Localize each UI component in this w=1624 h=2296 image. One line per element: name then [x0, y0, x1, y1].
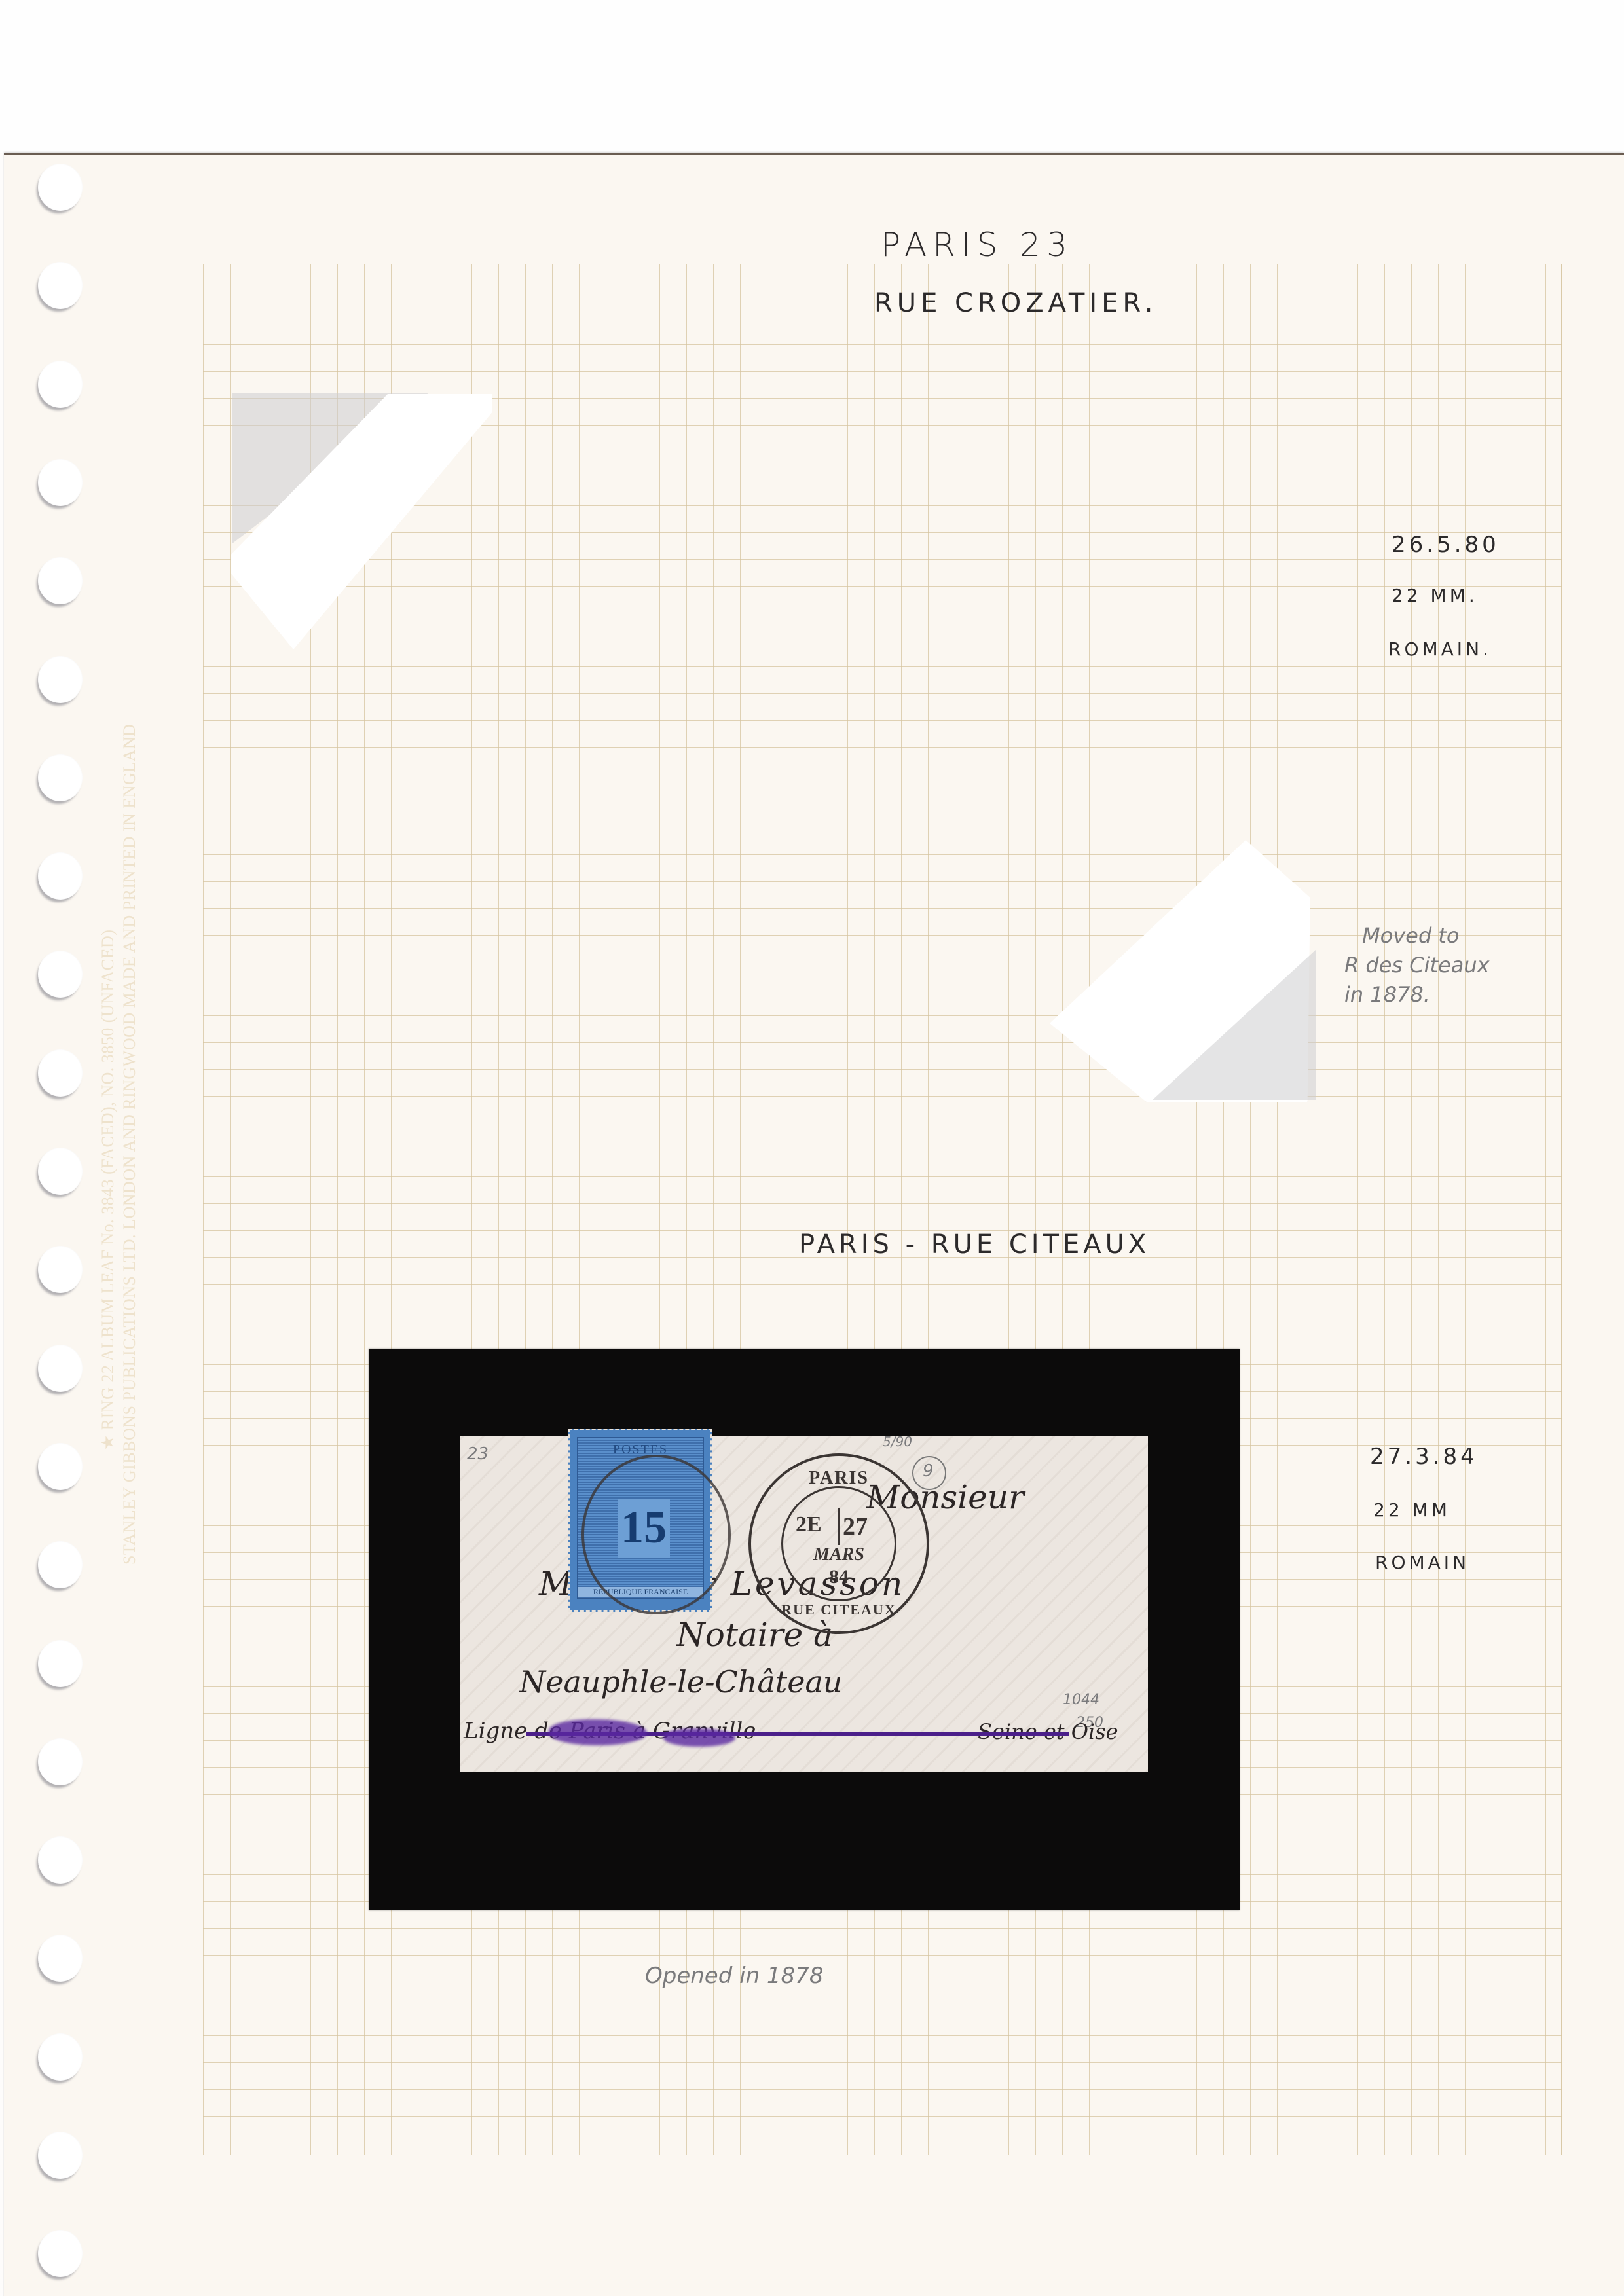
page-title: PARIS 23	[881, 226, 1073, 264]
pencil-mark-top-left: 23	[467, 1444, 489, 1464]
mourning-cover: 23 5/90 9 1044 250 Monsieur Monsieur Lev…	[369, 1349, 1240, 1910]
section-title: PARIS - RUE CITEAUX	[799, 1230, 1150, 1260]
datestamp-postmark: PARIS 2E 27 MARS 84 RUE CITEAUX	[748, 1453, 929, 1634]
postmark-divider	[838, 1508, 840, 1545]
punch-hole	[38, 2033, 83, 2081]
punch-hole	[38, 2230, 83, 2277]
postmark-date-note: 26.5.80	[1392, 532, 1500, 558]
punch-hole	[38, 459, 83, 506]
address-department: Seine et Oise	[978, 1719, 1118, 1744]
punch-hole	[38, 557, 83, 604]
scanner-background	[0, 0, 1624, 153]
imprint-leaf-number: ★ RING 22 ALBUM LEAF No. 3843 (FACED), N…	[98, 930, 118, 1450]
punch-hole	[38, 262, 83, 309]
cover-footnote: Opened in 1878	[645, 1963, 823, 1989]
address-town: Neauphle-le-Château	[519, 1664, 843, 1700]
postmark-month: MARS	[751, 1544, 927, 1565]
stamp-label: POSTES	[578, 1442, 703, 1457]
postmark-type-note: ROMAIN	[1375, 1552, 1469, 1573]
side-note-line-1: Moved to	[1362, 923, 1459, 948]
punch-hole	[38, 1836, 83, 1884]
postmark-city: PARIS	[751, 1468, 927, 1489]
postmark-size-note: 22 MM.	[1392, 585, 1478, 606]
punch-hole	[38, 656, 83, 703]
punch-hole	[38, 754, 83, 801]
punch-hole	[38, 951, 83, 998]
punch-hole	[38, 1246, 83, 1293]
postmark-date-note: 27.3.84	[1370, 1444, 1478, 1470]
pencil-mark-top-center: 5/90	[883, 1434, 912, 1449]
punch-hole	[38, 2132, 83, 2179]
punch-hole	[38, 1443, 83, 1490]
violet-ink-blot	[663, 1728, 735, 1747]
punch-hole	[38, 361, 83, 408]
punch-hole	[38, 1148, 83, 1195]
punch-hole	[38, 1541, 83, 1588]
punch-hole	[38, 852, 83, 900]
punch-hole	[38, 1049, 83, 1097]
page-subtitle: RUE CROZATIER.	[874, 288, 1158, 318]
cancellation-postmark-on-stamp	[581, 1455, 731, 1614]
postmark-size-note: 22 MM	[1373, 1499, 1450, 1521]
postmark-collection: 2E	[796, 1512, 822, 1537]
side-note-line-3: in 1878.	[1344, 982, 1430, 1007]
punch-hole	[38, 164, 83, 211]
postmark-office: RUE CITEAUX	[751, 1601, 927, 1618]
violet-ink-blot	[549, 1719, 647, 1745]
punch-hole	[38, 1640, 83, 1687]
punch-hole	[38, 1935, 83, 1982]
pencil-mark-right-1: 1044	[1063, 1692, 1099, 1708]
postmark-year: 84	[751, 1566, 927, 1588]
punch-hole	[38, 1345, 83, 1392]
side-note-line-2: R des Citeaux	[1344, 953, 1490, 977]
postmark-day: 27	[843, 1512, 868, 1541]
imprint-publisher: STANLEY GIBBONS PUBLICATIONS LTD. LONDON…	[120, 724, 139, 1565]
punch-hole	[38, 1738, 83, 1785]
postmark-type-note: ROMAIN.	[1388, 638, 1492, 660]
